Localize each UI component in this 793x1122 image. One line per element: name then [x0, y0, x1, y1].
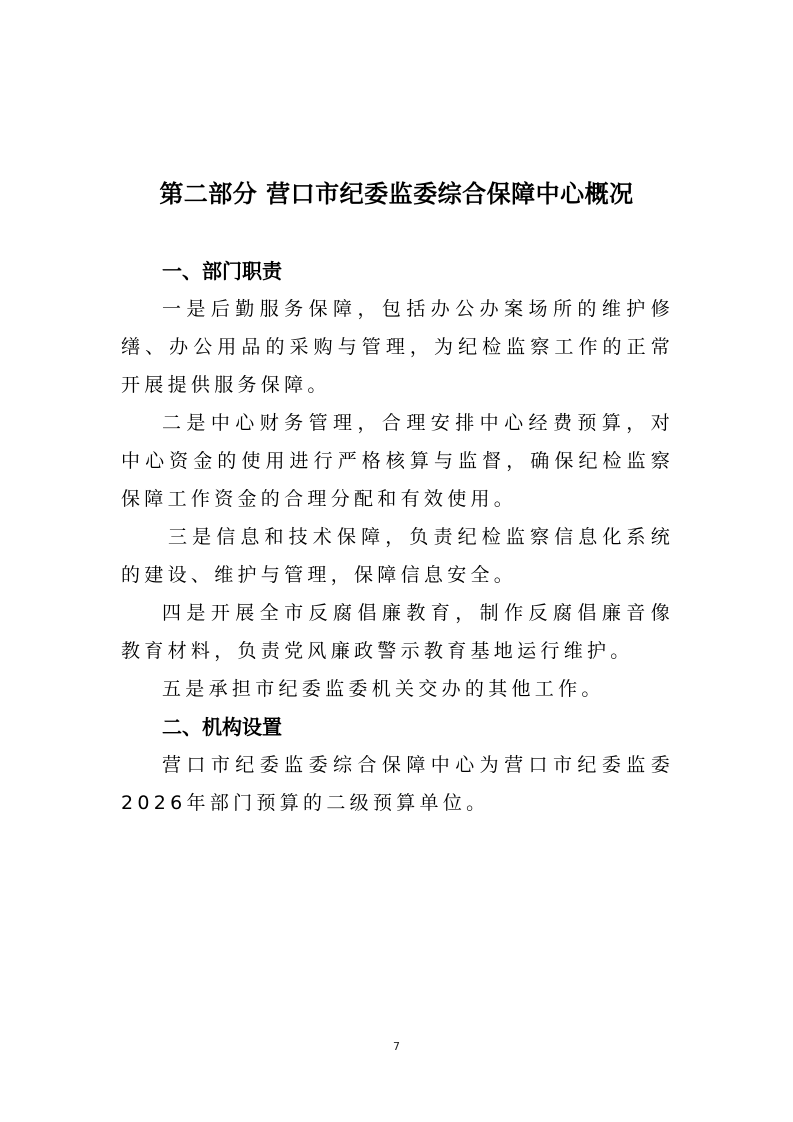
- page-number: 7: [0, 1040, 793, 1054]
- document-body: 一、部门职责 一是后勤服务保障，包括办公办案场所的维护修缮、办公用品的采购与管理…: [121, 252, 674, 822]
- section-heading: 一、部门职责: [121, 252, 674, 290]
- paragraph-duty-3: 三是信息和技术保障，负责纪检监察信息化系统的建设、维护与管理，保障信息安全。: [121, 518, 674, 594]
- paragraph-duty-1: 一是后勤服务保障，包括办公办案场所的维护修缮、办公用品的采购与管理，为纪检监察工…: [121, 290, 674, 404]
- section-heading: 二、机构设置: [121, 708, 674, 746]
- section-department-duties: 一、部门职责 一是后勤服务保障，包括办公办案场所的维护修缮、办公用品的采购与管理…: [121, 252, 674, 708]
- paragraph-duty-4: 四是开展全市反腐倡廉教育，制作反腐倡廉音像教育材料，负责党风廉政警示教育基地运行…: [121, 594, 674, 670]
- page-title: 第二部分 营口市纪委监委综合保障中心概况: [0, 176, 793, 212]
- section-organization: 二、机构设置 营口市纪委监委综合保障中心为营口市纪委监委 2026年部门预算的二…: [121, 708, 674, 822]
- paragraph-duty-5: 五是承担市纪委监委机关交办的其他工作。: [121, 670, 674, 708]
- document-page: 第二部分 营口市纪委监委综合保障中心概况 一、部门职责 一是后勤服务保障，包括办…: [0, 0, 793, 1122]
- paragraph-duty-2: 二是中心财务管理，合理安排中心经费预算，对中心资金的使用进行严格核算与监督，确保…: [121, 404, 674, 518]
- paragraph-organization: 营口市纪委监委综合保障中心为营口市纪委监委 2026年部门预算的二级预算单位。: [121, 746, 674, 822]
